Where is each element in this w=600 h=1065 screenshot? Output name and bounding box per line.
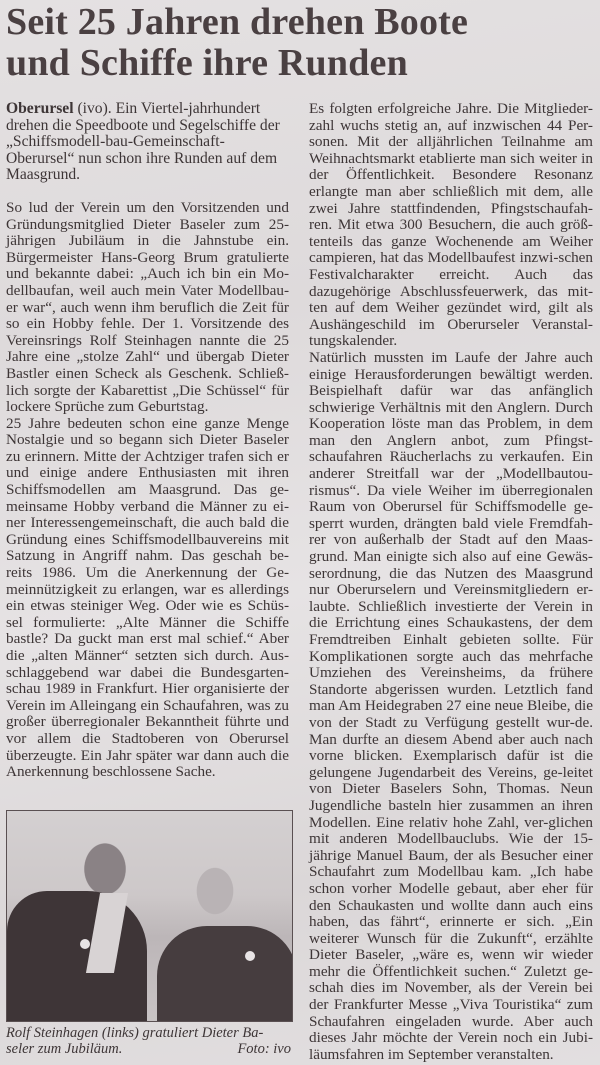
photo-credit: Foto: ivo [237,1041,291,1057]
body-paragraph: So lud der Verein um den Vorsitzenden un… [6,200,289,416]
article-photo [6,810,293,1022]
caption-text: Rolf Steinhagen (links) gratuliert Diete… [6,1025,263,1057]
headline-line-1: Seit 25 Jahren drehen Boote [6,2,596,43]
photo-caption: Rolf Steinhagen (links) gratuliert Diete… [6,1025,291,1057]
dateline: Oberursel [6,100,74,117]
headline-line-2: und Schiffe ihre Runden [6,43,596,84]
body-paragraph: Es folgten erfolgreiche Jahre. Die Mitgl… [309,101,593,350]
lead-paragraph: Oberursel (ivo). Ein Viertel-jahrhundert… [6,101,289,184]
person-left-figure [7,891,147,1022]
headline: Seit 25 Jahren drehen Boote und Schiffe … [6,2,596,84]
badge-icon [245,951,255,961]
left-column: Oberursel (ivo). Ein Viertel-jahrhundert… [6,101,289,781]
badge-icon [80,939,90,949]
body-paragraph: Natürlich mussten im Laufe der Jahre auc… [309,350,593,1064]
person-right-figure [157,926,293,1022]
right-column: Es folgten erfolgreiche Jahre. Die Mitgl… [309,101,593,1063]
body-paragraph: 25 Jahre bedeuten schon eine ganze Menge… [6,416,289,781]
